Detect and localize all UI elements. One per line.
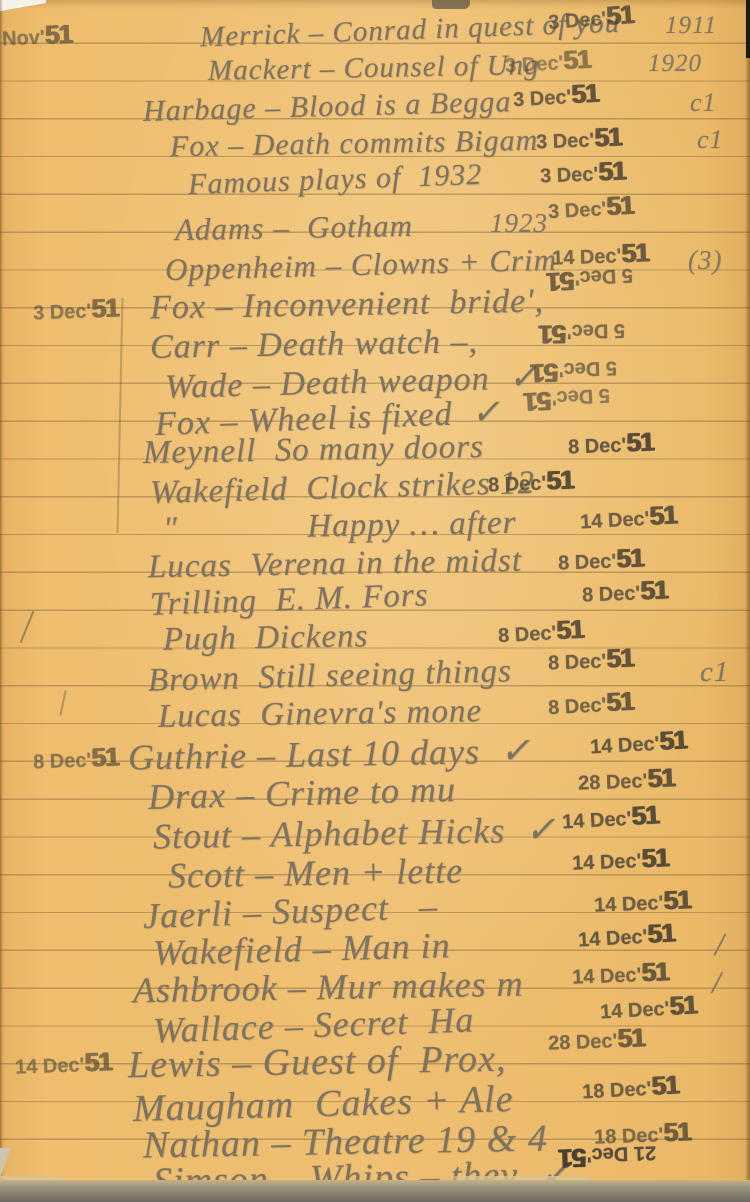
date-stamp-year: 51 — [641, 842, 669, 873]
entry-note: (3) — [688, 245, 722, 276]
date-stamp-year: 51 — [630, 800, 658, 831]
entry-note: / — [712, 964, 722, 1001]
date-stamp-daymonth: 8 Dec' — [582, 582, 641, 606]
date-stamp: 18 Dec'51 — [581, 1070, 679, 1106]
date-stamp: 8 Dec'51 — [581, 575, 667, 609]
margin-date-stamp: Nov'51 — [1, 19, 72, 52]
date-stamp: 8 Dec'51 — [487, 465, 573, 499]
ledger-row: Mackert – Counsel of Ung3 Dec'511920 — [0, 52, 750, 92]
date-stamp: 3 Dec'51 — [547, 0, 634, 36]
date-stamp-daymonth: 14 Dec' — [15, 1054, 85, 1078]
date-stamp-daymonth: 21 Dec' — [586, 1141, 656, 1165]
date-stamp-daymonth: 3 Dec' — [548, 8, 608, 34]
date-stamp-daymonth: Nov' — [2, 27, 45, 50]
date-stamp-year: 51 — [606, 643, 634, 674]
date-stamp-year: 51 — [617, 1022, 645, 1053]
entry-text: Famous plays of 1932 — [187, 158, 482, 202]
date-stamp: 14 Dec'51 — [593, 884, 690, 918]
date-stamp-daymonth: 3 Dec' — [548, 198, 607, 223]
date-stamp-year: 51 — [663, 884, 691, 915]
date-stamp: 14 Dec'51 — [589, 725, 687, 761]
date-stamp-daymonth: 5 Dec' — [567, 319, 626, 342]
entry-note: / — [715, 926, 725, 963]
date-stamp-daymonth: 8 Dec' — [548, 694, 607, 719]
date-stamp-year: 51 — [594, 122, 622, 153]
margin-date-stamp: 3 Dec'51 — [32, 293, 118, 327]
date-stamp-year: 51 — [650, 1070, 678, 1101]
date-stamp-daymonth: 14 Dec' — [562, 808, 632, 834]
date-stamp-daymonth: 28 Dec' — [548, 1030, 618, 1054]
entry-text: Adams – Gotham — [175, 208, 414, 248]
ledger-row: Nov'51Merrick – Conrad in quest of you3 … — [0, 14, 750, 54]
date-stamp: 21 Dec'51 — [559, 1139, 656, 1173]
entry-note: 1920 — [648, 50, 702, 78]
date-stamp-daymonth: 5 Dec' — [558, 357, 617, 381]
date-stamp-year: 51 — [616, 543, 644, 574]
date-stamp-daymonth: 14 Dec' — [590, 733, 660, 759]
date-stamp-daymonth: 14 Dec' — [594, 892, 664, 916]
date-stamp-year: 51 — [524, 386, 552, 417]
date-stamp-daymonth: 8 Dec' — [548, 650, 607, 674]
entry-text: Stout – Alphabet Hicks ✓ — [153, 808, 557, 857]
entry-text: Trilling E. M. Fors — [149, 577, 429, 624]
entry-note: 1923 — [490, 208, 548, 239]
date-stamp-daymonth: 8 Dec' — [568, 434, 627, 458]
ledger-row: Meynell So many doors8 Dec'51 — [0, 432, 750, 472]
date-stamp-year: 51 — [570, 78, 598, 109]
date-stamp-year: 51 — [91, 293, 119, 324]
date-stamp-year: 51 — [555, 614, 583, 645]
date-stamp-daymonth: 18 Dec' — [582, 1078, 652, 1104]
entry-note: c1 — [690, 88, 717, 118]
date-stamp-daymonth: 3 Dec' — [536, 129, 595, 153]
date-stamp-daymonth: 3 Dec' — [513, 86, 572, 111]
date-stamp: 5 Dec'51 — [540, 317, 626, 349]
date-stamp-year: 51 — [560, 1143, 588, 1174]
ledger-row: Oppenheim – Clowns + Crim14 Dec'51(3) — [0, 247, 750, 287]
date-stamp-daymonth: 8 Dec' — [33, 749, 92, 773]
date-stamp-year: 51 — [647, 762, 675, 793]
entry-text: Oppenheim – Clowns + Crim — [165, 242, 558, 288]
ledger-row: 3 Dec'51Fox – Inconvenient bride',5 Dec'… — [0, 286, 750, 326]
margin-date-stamp: 14 Dec'51 — [14, 1046, 111, 1080]
ledger-row: Trilling E. M. Fors8 Dec'51 — [0, 582, 750, 622]
page-corner-tear — [0, 0, 46, 12]
ledger-row: Maugham Cakes + Ale18 Dec'51 — [0, 1082, 750, 1122]
entry-text: Pugh Dickens — [163, 618, 369, 659]
date-stamp-year: 51 — [44, 19, 72, 50]
date-stamp: 3 Dec'51 — [504, 44, 591, 79]
date-stamp: 14 Dec'51 — [571, 956, 668, 990]
date-stamp-year: 51 — [663, 1116, 691, 1147]
date-stamp-year: 51 — [562, 44, 590, 75]
date-stamp: 14 Dec'51 — [599, 990, 697, 1026]
date-stamp-daymonth: 14 Dec' — [572, 964, 642, 988]
date-stamp-year: 51 — [646, 918, 674, 949]
date-stamp: 14 Dec'51 — [577, 918, 675, 954]
date-stamp: 3 Dec'51 — [535, 122, 621, 156]
entry-text: Lucas Ginevra's mone — [158, 693, 483, 736]
date-stamp-daymonth: 8 Dec' — [558, 550, 617, 574]
date-stamp-daymonth: 5 Dec' — [551, 384, 610, 409]
date-stamp-daymonth: 14 Dec' — [572, 850, 642, 874]
page-right-edge-dark — [746, 0, 750, 58]
date-stamp-year: 51 — [658, 725, 686, 756]
date-stamp-daymonth: 3 Dec' — [33, 300, 92, 324]
date-stamp-daymonth: 14 Dec' — [600, 998, 670, 1024]
date-stamp: 3 Dec'51 — [547, 190, 634, 225]
entry-text: " Happy … after — [163, 505, 517, 548]
date-stamp-daymonth: 8 Dec' — [488, 472, 547, 496]
entry-text: Meynell So many doors — [143, 429, 485, 472]
date-stamp: 28 Dec'51 — [547, 1022, 644, 1056]
date-stamp-daymonth: 3 Dec' — [540, 163, 599, 187]
ledger-card: Nov'51Merrick – Conrad in quest of you3 … — [0, 0, 750, 1188]
date-stamp-year: 51 — [605, 0, 634, 31]
date-stamp-year: 51 — [84, 1046, 112, 1077]
date-stamp: 3 Dec'51 — [512, 78, 599, 113]
date-stamp: 3 Dec'51 — [539, 156, 625, 190]
margin-date-stamp: 8 Dec'51 — [32, 742, 118, 776]
date-stamp-year: 51 — [598, 156, 626, 187]
ledger-row: Brown Still seeing things8 Dec'51c1 — [0, 658, 750, 698]
date-stamp-year: 51 — [91, 742, 119, 773]
ledger-row: Carr – Death watch –,5 Dec'51 — [0, 326, 750, 366]
date-stamp-year: 51 — [605, 686, 633, 717]
date-stamp: 14 Dec'51 — [571, 842, 668, 876]
page-bottom-edge — [0, 1180, 750, 1202]
date-stamp-year: 51 — [641, 956, 669, 987]
entry-note: c1 — [697, 125, 724, 155]
date-stamp-year: 51 — [648, 500, 676, 531]
page-right-edge — [745, 0, 750, 1188]
entry-note: c1 — [700, 656, 729, 689]
date-stamp-daymonth: 14 Dec' — [578, 926, 648, 952]
date-stamp-year: 51 — [540, 319, 567, 349]
scanned-card-page: Nov'51Merrick – Conrad in quest of you3 … — [0, 0, 750, 1202]
entry-text: Harbage – Blood is a Begga — [143, 85, 512, 129]
date-stamp-daymonth: 8 Dec' — [498, 622, 557, 647]
date-stamp-year: 51 — [668, 990, 696, 1021]
date-stamp: 8 Dec'51 — [547, 686, 634, 721]
date-stamp-daymonth: 14 Dec' — [580, 508, 650, 534]
date-stamp: 14 Dec'51 — [561, 800, 659, 836]
date-stamp-year: 51 — [640, 575, 668, 606]
ledger-row: Harbage – Blood is a Begga3 Dec'51c1 — [0, 90, 750, 130]
entry-text: Fox – Inconvenient bride', — [150, 283, 545, 328]
ledger-row: Pugh Dickens8 Dec'51 — [0, 620, 750, 660]
page-left-edge — [0, 0, 3, 1188]
date-stamp-year: 51 — [546, 465, 574, 496]
ledger-row: Famous plays of 19323 Dec'51 — [0, 163, 750, 203]
date-stamp: 8 Dec'51 — [547, 643, 633, 677]
date-stamp: 5 Dec'51 — [524, 382, 611, 417]
entry-text: Mackert – Counsel of Ung — [208, 49, 540, 88]
entry-text: Fox – Death commits Bigam — [170, 124, 539, 164]
date-stamp-year: 51 — [626, 427, 654, 458]
date-stamp: 5 Dec'51 — [547, 262, 634, 297]
date-stamp: 8 Dec'51 — [567, 427, 653, 461]
top-edge-smudge — [432, 0, 470, 9]
date-stamp: 8 Dec'51 — [557, 543, 643, 577]
date-stamp-year: 51 — [605, 190, 633, 221]
date-stamp-daymonth: 28 Dec' — [578, 770, 648, 794]
date-stamp: 14 Dec'51 — [579, 500, 677, 536]
date-stamp-daymonth: 5 Dec' — [574, 264, 633, 289]
date-stamp: 28 Dec'51 — [577, 762, 674, 796]
date-stamp-year: 51 — [547, 266, 575, 297]
date-stamp-daymonth: 3 Dec' — [505, 52, 564, 77]
entry-note: 1911 — [665, 12, 717, 40]
